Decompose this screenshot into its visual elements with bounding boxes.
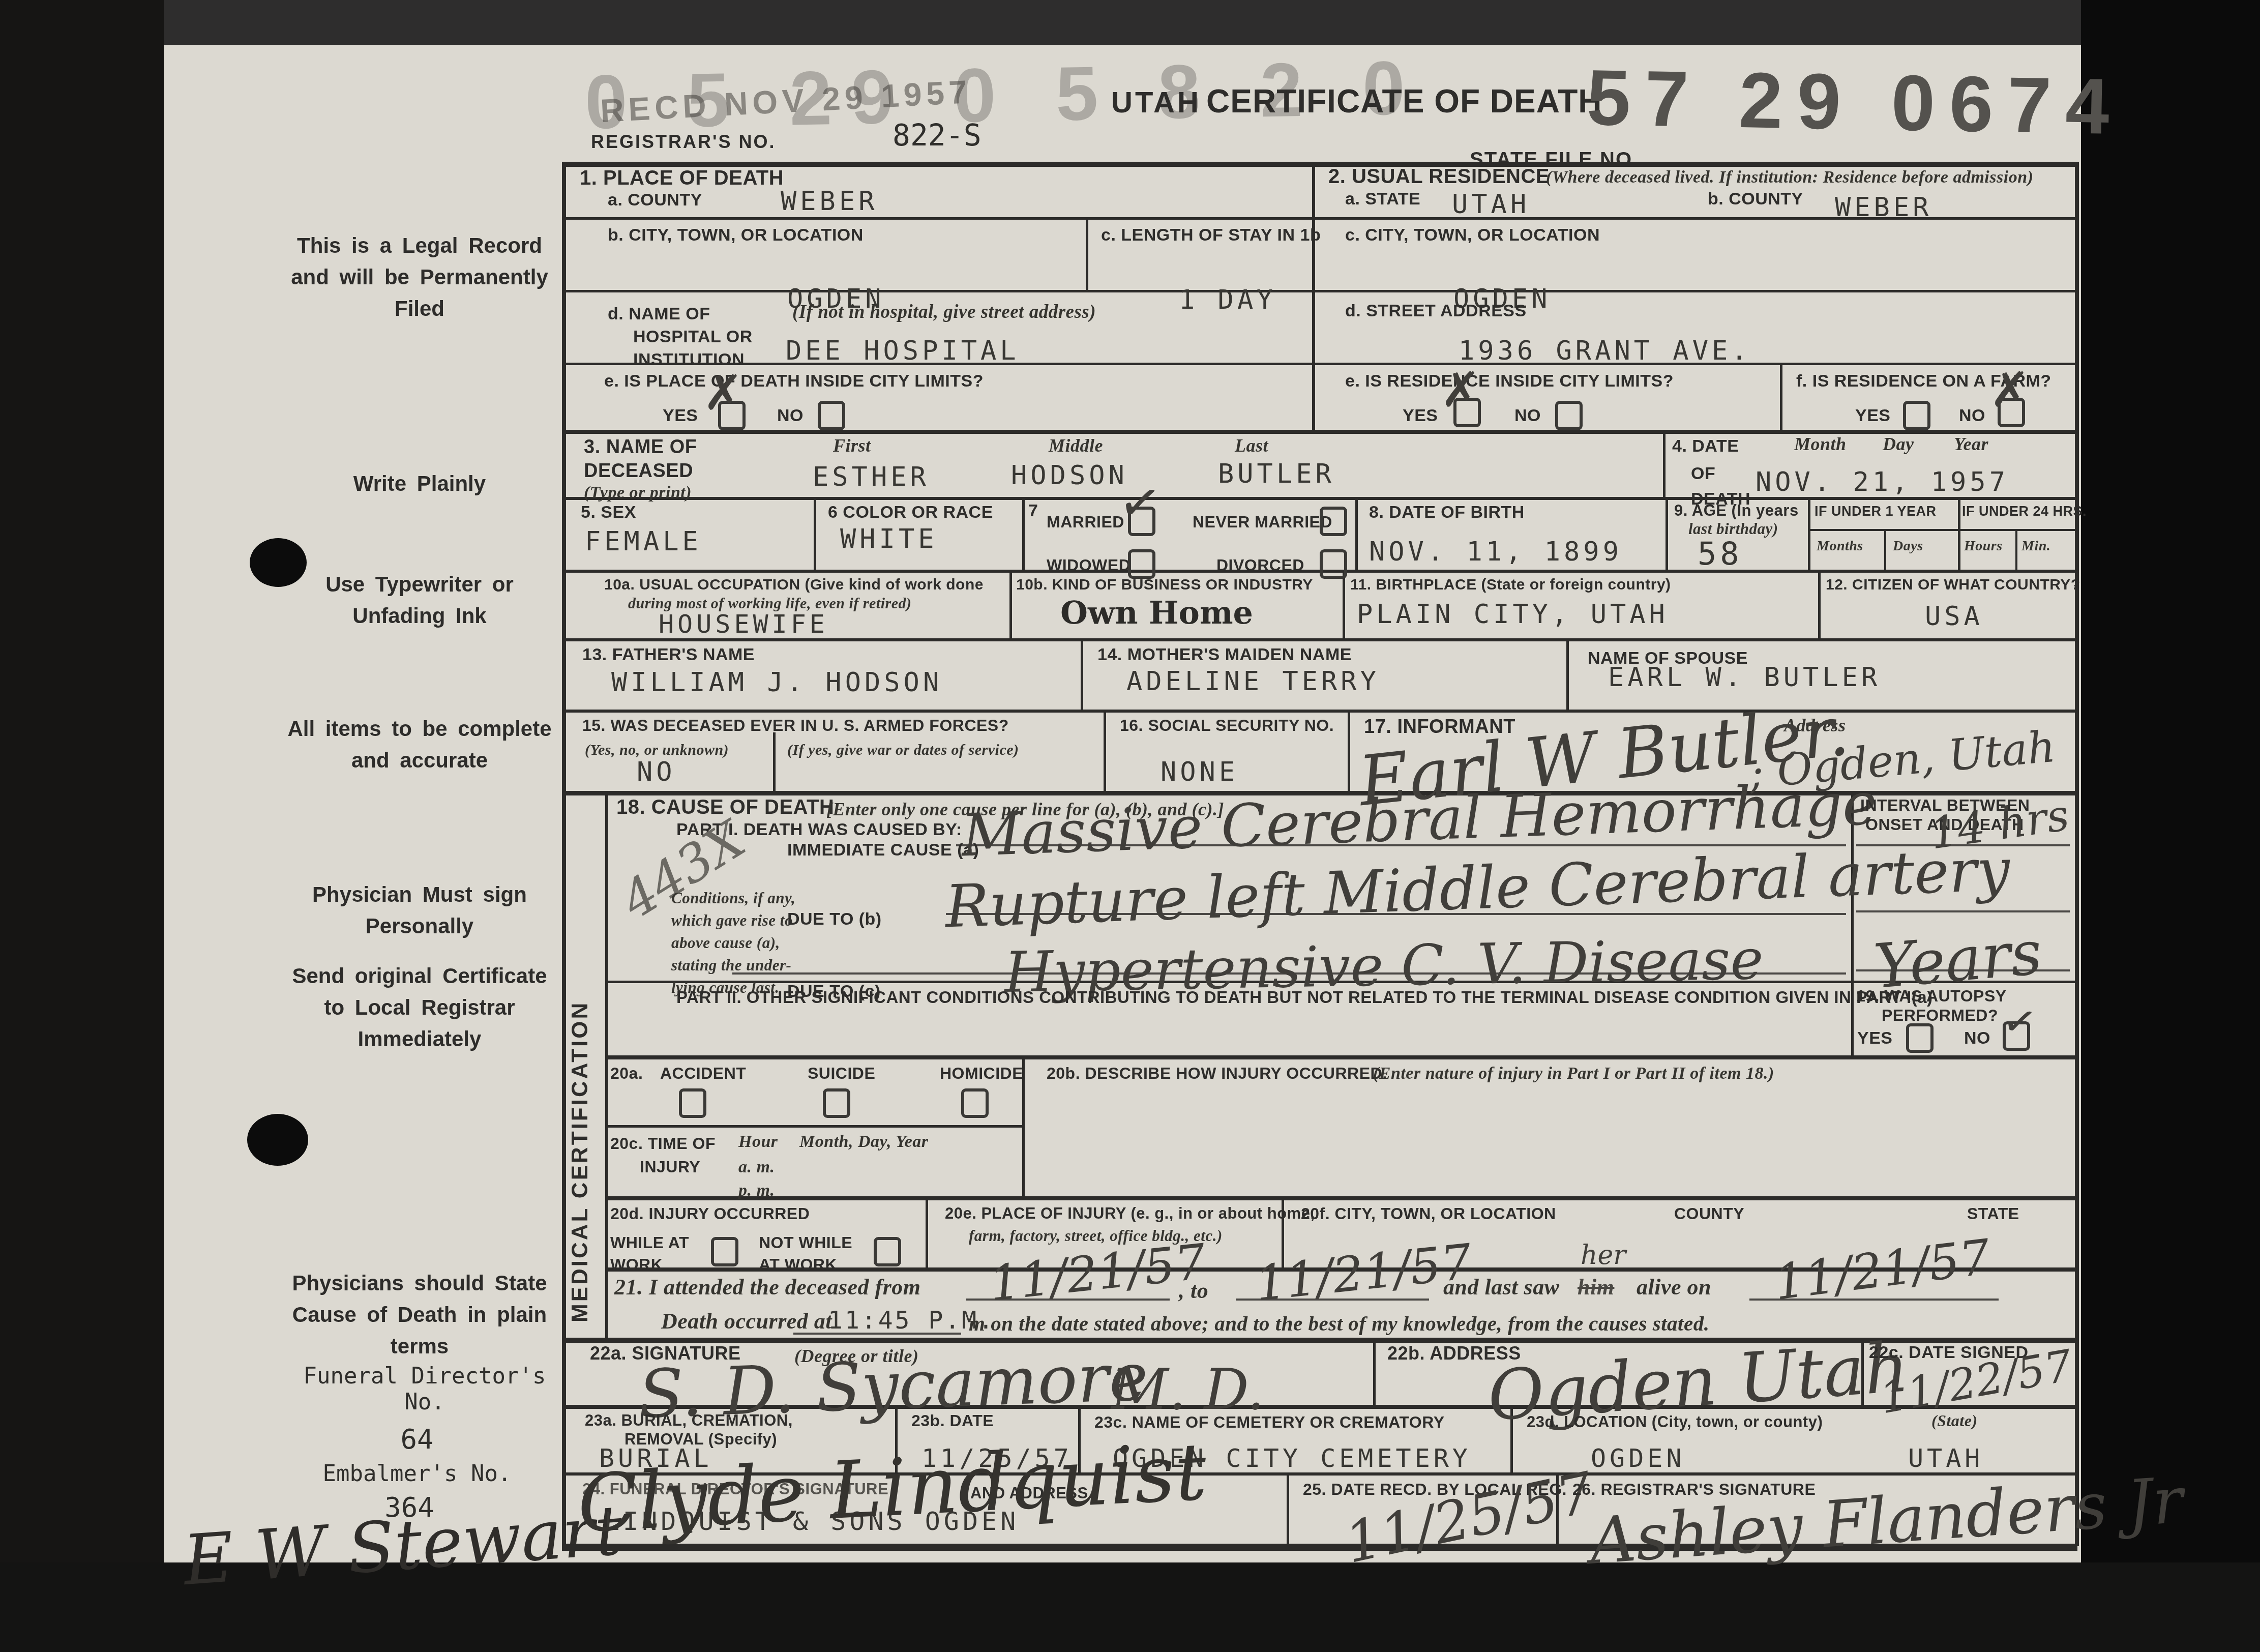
city-limits-no-label: NO: [777, 406, 804, 426]
grid-line: [1818, 570, 1821, 638]
autopsy-no-label: NO: [1964, 1028, 1990, 1048]
residence-limits-no-label: NO: [1514, 406, 1541, 426]
registrars-no-label: REGISTRAR'S NO.: [591, 131, 776, 153]
grid-line: [562, 162, 2077, 167]
registrars-no-value: 822-S: [893, 118, 982, 153]
autopsy-yes-checkbox: [1906, 1023, 1934, 1053]
first-name-label: First: [833, 435, 871, 456]
grid-line: [2075, 162, 2079, 1546]
under-1-year-label: IF UNDER 1 YEAR: [1815, 504, 1937, 519]
grid-line: [926, 1196, 928, 1267]
fathers-name-value: WILLIAM J. HODSON: [611, 667, 942, 698]
grid-line: [1343, 570, 1345, 638]
grid-line: [814, 497, 816, 570]
burial-location-label: 23d. LOCATION (City, town, or county): [1527, 1413, 1823, 1431]
struck-him: him: [1578, 1274, 1614, 1300]
grid-line: [1808, 497, 1810, 570]
pm-label: p. m.: [738, 1181, 775, 1200]
hospital-label-2: HOSPITAL OR: [633, 327, 753, 347]
divorced-checkbox: [1320, 549, 1347, 579]
ssn-value: NONE: [1161, 757, 1238, 787]
margin-note-legal-record: This is a Legal Record and will be Perma…: [285, 230, 554, 324]
grid-line: [605, 1125, 1025, 1128]
middle-name-value: HODSON: [1011, 460, 1128, 491]
residence-state-value: UTAH: [1452, 189, 1530, 220]
county-label: a. COUNTY: [608, 190, 702, 210]
grid-line: [562, 162, 566, 1546]
date-of-birth-label: 8. DATE OF BIRTH: [1369, 503, 1525, 522]
residence-limits-no-checkbox: [1555, 401, 1583, 430]
grid-line: [562, 430, 2077, 434]
business-value: Own Home: [1060, 594, 1253, 631]
never-married-checkbox: [1320, 507, 1347, 536]
grid-line: [562, 710, 2077, 713]
burial-date-label: 23b. DATE: [911, 1411, 994, 1430]
grid-line: [1958, 497, 1960, 570]
hours-label: Hours: [1964, 538, 2003, 554]
not-while-label-2: AT WORK: [759, 1255, 837, 1274]
city-limits-yes-mark: ✗: [703, 365, 744, 421]
medical-certification-label: MEDICAL CERTIFICATION: [568, 834, 593, 1322]
age-label-1: 9. AGE (In years: [1674, 501, 1799, 520]
margin-note-typewriter: Use Typewriter or Unfading Ink: [285, 569, 554, 632]
city-limits-label: e. IS PLACE OF DEATH INSIDE CITY LIMITS?: [604, 371, 984, 391]
accident-section-label: 20a.: [610, 1064, 643, 1083]
sex-value: FEMALE: [585, 526, 702, 557]
not-while-label-1: NOT WHILE: [759, 1233, 852, 1252]
punch-hole: [247, 1114, 308, 1166]
physician-degree: M. D.: [1111, 1357, 1265, 1422]
describe-injury-label: 20b. DESCRIBE HOW INJURY OCCURRED.: [1047, 1064, 1387, 1083]
street-address-label: d. STREET ADDRESS: [1345, 301, 1527, 321]
mothers-name-value: ADELINE TERRY: [1126, 666, 1380, 697]
grid-line: [1086, 217, 1088, 290]
grid-line: [1666, 497, 1668, 570]
her-handwritten: her: [1581, 1240, 1626, 1271]
hour-label: Hour: [738, 1132, 778, 1152]
date-of-death-label-2: OF: [1691, 464, 1715, 484]
armed-forces-value: NO: [637, 757, 676, 787]
conditions-note-4: stating the under-: [671, 956, 791, 975]
length-of-stay-label: c. LENGTH OF STAY IN 1b: [1101, 225, 1321, 245]
state-file-number-stamp: 57 29 0674: [1586, 52, 2125, 152]
city-label: b. CITY, TOWN, OR LOCATION: [608, 225, 864, 245]
ssn-label: 16. SOCIAL SECURITY NO.: [1120, 716, 1334, 735]
widowed-label: WIDOWED: [1047, 556, 1131, 575]
street-address-value: 1936 GRANT AVE.: [1459, 336, 1751, 366]
middle-name-label: Middle: [1049, 435, 1103, 456]
grid-line: [1312, 162, 1315, 430]
grid-line: [1009, 570, 1012, 638]
attended-text-3: and last saw: [1443, 1274, 1560, 1300]
grid-line: [1287, 1472, 1289, 1544]
conditions-note-2: which gave rise to: [671, 911, 793, 930]
due-to-b-label: DUE TO (b): [787, 909, 882, 929]
divorced-label: DIVORCED: [1216, 556, 1304, 575]
autopsy-label-2: PERFORMED?: [1882, 1006, 1998, 1025]
suicide-label: SUICIDE: [808, 1064, 875, 1083]
grid-line: [605, 791, 608, 1340]
scanner-background-top: [0, 0, 2260, 45]
attended-text-4: alive on: [1637, 1274, 1711, 1300]
race-label: 6 COLOR OR RACE: [828, 503, 993, 522]
grid-line: [1780, 363, 1782, 430]
race-value: WHITE: [840, 524, 938, 554]
grid-line: [1355, 497, 1358, 570]
farm-no-label: NO: [1959, 406, 1985, 426]
burial-label-1: 23a. BURIAL, CREMATION,: [585, 1411, 793, 1430]
citizen-label: 12. CITIZEN OF WHAT COUNTRY?: [1826, 576, 2080, 594]
embalmers-no-label: Embalmer's No.: [285, 1461, 549, 1487]
armed-forces-note-2: (If yes, give war or dates of service): [787, 742, 1019, 759]
hospital-value: DEE HOSPITAL: [786, 336, 1020, 366]
birthplace-label: 11. BIRTHPLACE (State or foreign country…: [1350, 576, 1671, 594]
spouse-value: EARL W. BUTLER: [1608, 662, 1881, 693]
burial-location-value: OGDEN: [1591, 1443, 1685, 1473]
hospital-label-1: d. NAME OF: [608, 304, 710, 324]
grid-line: [1348, 710, 1350, 791]
injury-city-label: 20f. CITY, TOWN, OR LOCATION: [1301, 1204, 1556, 1223]
occupation-label-1: 10a. USUAL OCCUPATION (Give kind of work…: [604, 576, 984, 594]
residence-limits-yes-mark: ✗: [1440, 362, 1481, 418]
grid-line: [773, 732, 776, 791]
while-at-work-checkbox: [711, 1237, 738, 1266]
residence-limits-yes-label: YES: [1403, 406, 1438, 426]
time-of-injury-label-1: 20c. TIME OF: [610, 1134, 716, 1153]
burial-state-value: UTAH: [1908, 1443, 1983, 1473]
business-label: 10b. KIND OF BUSINESS OR INDUSTRY: [1016, 576, 1313, 594]
margin-note-complete: All items to be complete and accurate: [285, 713, 554, 776]
sex-label: 5. SEX: [581, 503, 636, 522]
grid-line: [2015, 529, 2017, 570]
first-name-value: ESTHER: [813, 462, 930, 492]
length-of-stay-value: 1 DAY: [1179, 285, 1276, 315]
suicide-checkbox: [823, 1088, 850, 1118]
while-at-work-label-1: WHILE AT: [610, 1233, 689, 1252]
mothers-name-label: 14. MOTHER'S MAIDEN NAME: [1097, 645, 1352, 665]
farm-yes-checkbox: [1903, 401, 1930, 430]
marital-label: 7: [1028, 501, 1038, 521]
accident-label: ACCIDENT: [660, 1064, 746, 1083]
citizen-value: USA: [1925, 601, 1983, 632]
farm-yes-label: YES: [1855, 406, 1891, 426]
date-of-birth-value: NOV. 11, 1899: [1369, 537, 1622, 567]
autopsy-label-1: 19. WAS AUTOPSY: [1856, 987, 2007, 1006]
hospital-note: (If not in hospital, give street address…: [792, 301, 1096, 323]
margin-note-send-original: Send original Certificate to Local Regis…: [285, 960, 554, 1055]
under-24-hrs-label: IF UNDER 24 HRS.: [1962, 504, 2087, 519]
not-while-checkbox: [874, 1237, 901, 1266]
injury-state-label: STATE: [1967, 1204, 2019, 1223]
conditions-note-3: above cause (a),: [671, 934, 780, 952]
fathers-name-label: 13. FATHER'S NAME: [582, 645, 755, 665]
usual-residence-title: 2. USUAL RESIDENCE: [1328, 165, 1550, 188]
last-name-value: BUTLER: [1218, 459, 1335, 489]
usual-residence-note: (Where deceased lived. If institution: R…: [1546, 168, 2033, 187]
occupation-value: HOUSEWIFE: [659, 609, 828, 639]
residence-city-label: c. CITY, TOWN, OR LOCATION: [1345, 225, 1600, 245]
funeral-directors-no-label: Funeral Director's No.: [292, 1363, 557, 1415]
name-of-deceased-label-2: DECEASED: [584, 460, 693, 482]
grid-line: [605, 1196, 2077, 1200]
injury-county-label: COUNTY: [1674, 1204, 1744, 1223]
city-limits-no-checkbox: [818, 401, 845, 430]
immediate-cause-label: IMMEDIATE CAUSE (a): [787, 840, 979, 860]
autopsy-yes-label: YES: [1857, 1028, 1893, 1048]
birthplace-value: PLAIN CITY, UTAH: [1357, 599, 1669, 630]
grid-line: [605, 1055, 2077, 1059]
scanned-death-certificate: This is a Legal Record and will be Perma…: [0, 0, 2260, 1652]
grid-line: [1663, 430, 1666, 497]
day-label: Day: [1883, 433, 1914, 455]
death-occurred-text: Death occurred at: [661, 1308, 832, 1334]
never-married-label: NEVER MARRIED: [1193, 513, 1332, 532]
residence-county-label: b. COUNTY: [1708, 189, 1803, 209]
last-name-label: Last: [1235, 435, 1268, 456]
place-of-death-title: 1. PLACE OF DEATH: [580, 167, 784, 190]
month-day-year-label: Month, Day, Year: [799, 1132, 929, 1152]
margin-note-plain-terms: Physicians should State Cause of Death i…: [262, 1267, 577, 1362]
armed-forces-note-1: (Yes, no, or unknown): [585, 742, 729, 759]
page-title: CERTIFICATE OF DEATH: [1206, 82, 1602, 120]
county-value: WEBER: [781, 186, 878, 217]
burial-state-label: (State): [1931, 1411, 1978, 1430]
name-of-deceased-label-3: (Type or print): [584, 483, 692, 503]
attended-text-2: , to: [1179, 1278, 1208, 1304]
armed-forces-label: 15. WAS DECEASED EVER IN U. S. ARMED FOR…: [582, 716, 1009, 735]
margin-note-physician-sign: Physician Must sign Personally: [285, 879, 554, 942]
part2-label: PART II. OTHER SIGNIFICANT CONDITIONS CO…: [676, 988, 1933, 1007]
residence-limits-label: e. IS RESIDENCE INSIDE CITY LIMITS?: [1345, 371, 1674, 391]
margin-note-write-plainly: Write Plainly: [285, 468, 554, 499]
year-label: Year: [1954, 433, 1988, 455]
name-of-deceased-label-1: 3. NAME OF: [584, 436, 697, 458]
accident-checkbox: [679, 1088, 706, 1118]
grid-line: [1566, 638, 1569, 710]
injury-occurred-label: 20d. INJURY OCCURRED: [610, 1204, 810, 1223]
describe-injury-note: (Enter nature of injury in Part I or Par…: [1373, 1064, 1774, 1083]
month-label: Month: [1794, 433, 1847, 455]
write-line: [1856, 910, 2070, 912]
scanner-background-left: [0, 0, 164, 1652]
am-label: a. m.: [738, 1158, 775, 1177]
grid-line: [1808, 529, 2077, 531]
while-at-work-label-2: WORK: [610, 1255, 663, 1274]
date-of-death-label-1: 4. DATE: [1672, 436, 1739, 456]
conditions-note-1: Conditions, if any,: [671, 889, 795, 907]
city-limits-yes-label: YES: [663, 406, 698, 426]
widowed-checkbox: [1128, 549, 1155, 579]
attended-text-1: 21. I attended the deceased from: [614, 1274, 921, 1300]
scanner-background-right: [2081, 0, 2260, 1652]
grid-line: [1022, 497, 1025, 570]
grid-line: [1081, 638, 1083, 710]
min-label: Min.: [2021, 538, 2050, 554]
days-label: Days: [1893, 538, 1923, 554]
title-state: UTAH: [1111, 85, 1201, 120]
farm-no-mark: ✗: [1989, 362, 2030, 418]
funeral-directors-no: 64: [285, 1423, 549, 1455]
residence-county-value: WEBER: [1835, 192, 1932, 223]
time-of-injury-label-2: INJURY: [640, 1158, 700, 1176]
place-of-injury-label-1: 20e. PLACE OF INJURY (e. g., in or about…: [945, 1204, 1315, 1223]
homicide-label: HOMICIDE: [940, 1064, 1023, 1083]
death-occurred-text-2: m on the date stated above; and to the b…: [969, 1311, 1709, 1336]
grid-line: [1104, 710, 1106, 791]
age-value: 58: [1698, 535, 1743, 572]
homicide-checkbox: [961, 1088, 989, 1118]
grid-line: [1373, 1338, 1376, 1405]
date-of-death-value: NOV. 21, 1957: [1756, 467, 2009, 497]
grid-line: [1884, 529, 1886, 570]
married-mark: ✓: [1115, 470, 1165, 536]
residence-state-label: a. STATE: [1345, 189, 1420, 209]
married-label: MARRIED: [1047, 513, 1124, 532]
months-label: Months: [1817, 538, 1863, 554]
